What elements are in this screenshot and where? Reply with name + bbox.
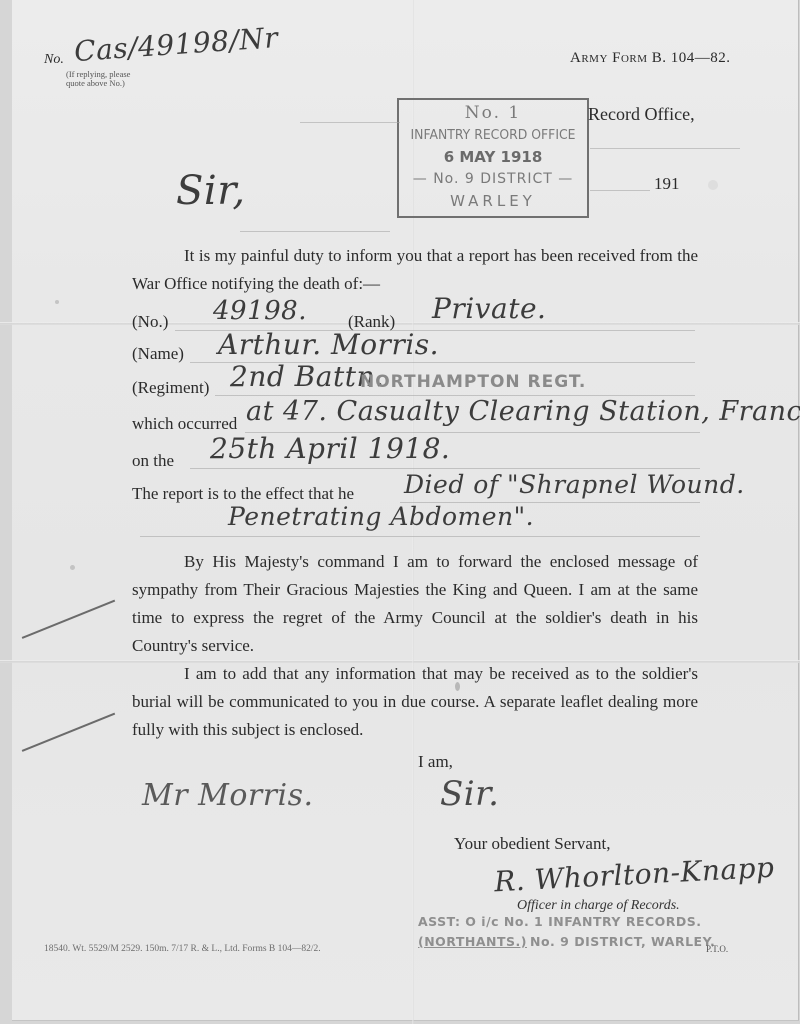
date-label: on the [132,451,174,471]
ref-prefix: No. [44,52,64,68]
asst-stamp-line1: ASST: O i/c No. 1 INFANTRY RECORDS. [418,914,702,929]
rule [240,231,390,232]
obedient-servant: Your obedient Servant, [454,834,610,854]
closing-sir: Sir. [440,774,500,814]
sympathy-paragraph: By His Majesty's command I am to forward… [132,548,698,660]
fold-line [0,322,800,325]
rule [590,190,650,191]
printer-info: 18540. Wt. 5529/M 2529. 150m. 7/17 R. & … [44,944,321,954]
rule [140,536,700,537]
rule [300,122,400,123]
regiment-label: (Regiment) [132,378,209,398]
burial-text: I am to add that any information that ma… [132,664,698,739]
report-value-line1: Died of "Shrapnel Wound. [404,470,745,499]
salutation: Sir, [176,168,246,214]
intro-paragraph: It is my painful duty to inform you that… [132,242,698,298]
burial-paragraph: I am to add that any information that ma… [132,660,698,744]
stain [55,300,59,304]
report-label: The report is to the effect that he [132,484,354,504]
rule [190,468,700,469]
addressee: Mr Morris. [142,778,314,813]
no-label: (No.) [132,312,168,332]
regiment-stamp: NORTHAMPTON REGT. [360,372,586,392]
report-value-line2: Penetrating Abdomen". [228,502,534,531]
ref-note: (If replying, please quote above No.) [66,70,130,88]
asst-stamp-line2b: No. 9 DISTRICT, WARLEY. [530,934,715,949]
date-value: 25th April 1918. [210,432,450,465]
stain [70,565,75,570]
name-label: (Name) [132,344,184,364]
officer-title: Officer in charge of Records. [517,898,680,914]
stamp-line1: No. 1 [399,102,587,124]
rank-value: Private. [432,292,546,325]
intro-text: It is my painful duty to inform you that… [132,246,698,293]
closing-i-am: I am, [418,752,453,772]
ref-note-line2: quote above No.) [66,79,130,88]
asst-stamp-line2a: (NORTHANTS.) [418,934,527,949]
rule [590,148,740,149]
record-office-label: Record Office, [588,104,695,125]
name-value: Arthur. Morris. [218,328,439,361]
occurred-label: which occurred [132,414,237,434]
record-office-stamp: No. 1 INFANTRY RECORD OFFICE 6 MAY 1918 … [397,98,589,218]
pto-label: P.T.O. [706,944,728,954]
occurred-value: at 47. Casualty Clearing Station, France… [246,396,800,427]
stamp-line4: — No. 9 DISTRICT — [399,168,587,190]
no-value: 49198. [213,296,307,326]
stain [708,180,718,190]
stamp-line2: INFANTRY RECORD OFFICE [407,124,580,146]
sympathy-text: By His Majesty's command I am to forward… [132,552,698,655]
year-prefix: 191 [654,174,680,194]
stamp-date: 6 MAY 1918 [399,146,587,168]
stamp-line5: WARLEY [399,190,587,212]
form-id: Army Form B. 104—82. [570,50,731,67]
